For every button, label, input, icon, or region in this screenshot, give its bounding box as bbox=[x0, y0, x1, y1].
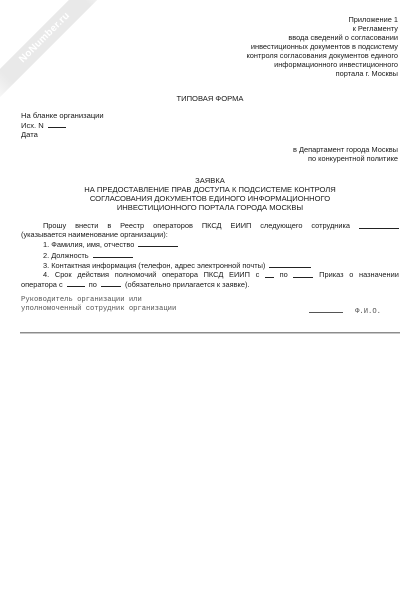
term-to-blank bbox=[293, 270, 313, 278]
word: по bbox=[280, 270, 288, 279]
appendix-line: Приложение 1 bbox=[198, 15, 398, 24]
item-position: 2. Должность bbox=[21, 250, 399, 260]
word: действия bbox=[77, 270, 109, 279]
fio-label: Ф.И.О. bbox=[355, 308, 381, 316]
watermark-text: NoNumber.ru bbox=[17, 10, 72, 65]
word: оператора bbox=[162, 270, 198, 279]
document-page: NoNumber.ru Приложение 1 к Регламенту вв… bbox=[0, 0, 420, 600]
appendix-line: информационного инвестиционного bbox=[198, 60, 398, 69]
item-full-name: 1. Фамилия, имя, отчество bbox=[21, 239, 399, 249]
word: сотрудника bbox=[311, 221, 350, 230]
organization-name-blank bbox=[359, 221, 399, 229]
title-line: ИНВЕСТИЦИОННОГО ПОРТАЛА ГОРОДА МОСКВЫ bbox=[0, 203, 420, 212]
word: назначении bbox=[359, 270, 399, 279]
application-title: ЗАЯВКА НА ПРЕДОСТАВЛЕНИЕ ПРАВ ДОСТУПА К … bbox=[0, 176, 420, 212]
item-label: 2. Должность bbox=[43, 251, 89, 260]
addressee-line: по конкурентной политике bbox=[293, 154, 398, 163]
word: ЕИИП bbox=[229, 270, 250, 279]
word: Приказ bbox=[319, 270, 343, 279]
outgoing-number-blank bbox=[48, 120, 66, 128]
position-blank bbox=[93, 250, 133, 258]
order-to-blank bbox=[101, 279, 121, 287]
intro-line: Прошу внести в Реестр операторов ПКСД ЕИ… bbox=[21, 221, 399, 230]
signature-blank bbox=[309, 305, 343, 313]
word: Прошу bbox=[43, 221, 66, 230]
appendix-line: инвестиционных документов в подсистему bbox=[198, 42, 398, 51]
text: оператора с bbox=[21, 280, 63, 289]
word: Реестр bbox=[120, 221, 144, 230]
word: полномочий bbox=[115, 270, 157, 279]
addressee-block: в Департамент города Москвы по конкурент… bbox=[293, 145, 398, 163]
word: внести bbox=[75, 221, 98, 230]
word: операторов bbox=[153, 221, 193, 230]
form-type-heading: ТИПОВАЯ ФОРМА bbox=[0, 94, 420, 103]
text: по bbox=[89, 280, 97, 289]
outgoing-number-row: Исх. N bbox=[21, 120, 104, 130]
order-from-blank bbox=[67, 279, 85, 287]
date-label: Дата bbox=[21, 130, 104, 139]
intro-line-2: (указывается наименование организации): bbox=[21, 230, 399, 239]
word: в bbox=[107, 221, 111, 230]
contact-info-blank bbox=[269, 260, 311, 268]
page-divider bbox=[20, 332, 400, 334]
word: ЕИИП bbox=[230, 221, 251, 230]
appendix-line: к Регламенту bbox=[198, 24, 398, 33]
title-line: ЗАЯВКА bbox=[0, 176, 420, 185]
signature-line-1: Руководитель организации или bbox=[21, 296, 399, 305]
appendix-header: Приложение 1 к Регламенту ввода сведений… bbox=[198, 15, 398, 78]
word: 4. bbox=[43, 270, 49, 279]
word: ПКСД bbox=[204, 270, 224, 279]
signature-line-2: уполномоченный сотрудник организации Ф.И… bbox=[21, 305, 399, 317]
application-body: Прошу внести в Реестр операторов ПКСД ЕИ… bbox=[21, 221, 399, 289]
item-contact-info: 3. Контактная информация (телефон, адрес… bbox=[21, 260, 399, 270]
term-from-blank bbox=[265, 270, 274, 278]
text: (обязательно прилагается к заявке). bbox=[125, 280, 249, 289]
outgoing-number-label: Исх. N bbox=[21, 121, 44, 130]
appendix-line: контроля согласования документов единого bbox=[198, 51, 398, 60]
letterhead-label: На бланке организации bbox=[21, 111, 104, 120]
appendix-line: ввода сведений о согласовании bbox=[198, 33, 398, 42]
signature-block: Руководитель организации или уполномочен… bbox=[21, 296, 399, 317]
title-line: СОГЛАСОВАНИЯ ДОКУМЕНТОВ ЕДИНОГО ИНФОРМАЦ… bbox=[0, 194, 420, 203]
title-line: НА ПРЕДОСТАВЛЕНИЕ ПРАВ ДОСТУПА К ПОДСИСТ… bbox=[0, 185, 420, 194]
organization-block: На бланке организации Исх. N Дата bbox=[21, 111, 104, 140]
item-label: 3. Контактная информация (телефон, адрес… bbox=[43, 261, 265, 270]
addressee-line: в Департамент города Москвы bbox=[293, 145, 398, 154]
watermark-ribbon: NoNumber.ru bbox=[0, 0, 112, 105]
item-term: 4. Срок действия полномочий оператора ПК… bbox=[21, 270, 399, 279]
fio-group: Ф.И.О. bbox=[309, 305, 399, 317]
item-label: 1. Фамилия, имя, отчество bbox=[43, 240, 134, 249]
appendix-line: портала г. Москвы bbox=[198, 69, 398, 78]
signatory-label: уполномоченный сотрудник организации bbox=[21, 305, 176, 317]
word: Срок bbox=[55, 270, 72, 279]
full-name-blank bbox=[138, 239, 178, 247]
word: с bbox=[256, 270, 260, 279]
word: следующего bbox=[260, 221, 302, 230]
item-term-line-2: оператора с по (обязательно прилагается … bbox=[21, 279, 399, 289]
word: ПКСД bbox=[202, 221, 222, 230]
word: о bbox=[349, 270, 353, 279]
